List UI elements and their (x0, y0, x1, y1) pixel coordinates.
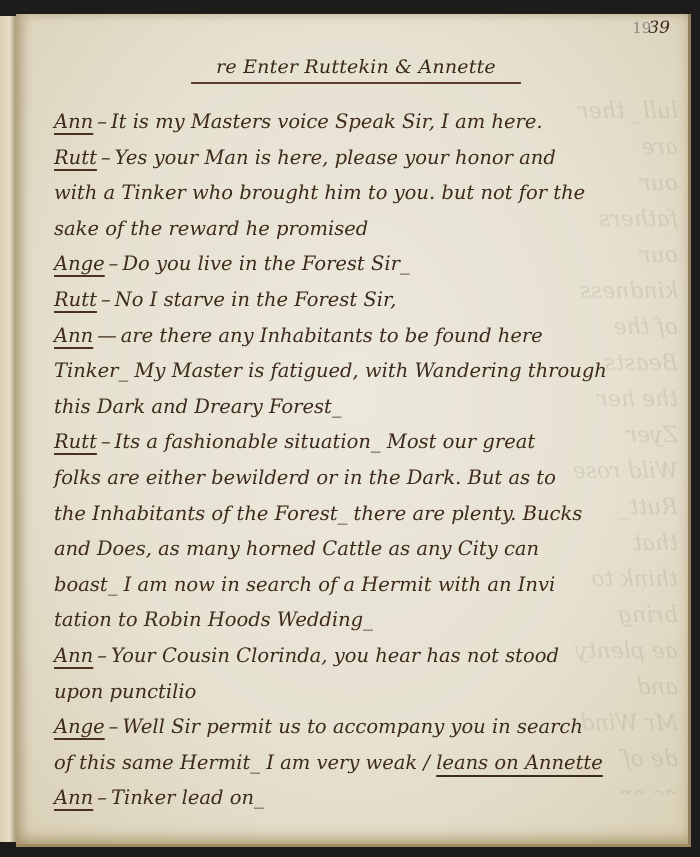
stage-direction: leans on Annette (436, 751, 603, 774)
line-text: of this same Hermit_ I am very weak / (54, 751, 436, 774)
line-text: are there any Inhabitants to be found he… (121, 324, 543, 347)
dialogue-line: Rutt–No I starve in the Forest Sir, (54, 282, 689, 318)
dialogue-line: and Does, as many horned Cattle as any C… (54, 531, 689, 567)
dialogue-line: Ann–Tinker lead on_ (54, 780, 689, 816)
dialogue-line: folks are either bewilderd or in the Dar… (54, 460, 689, 496)
line-text: with a Tinker who brought him to you. bu… (54, 181, 585, 204)
line-text: folks are either bewilderd or in the Dar… (54, 466, 556, 489)
line-text: Well Sir permit us to accompany you in s… (122, 715, 583, 738)
line-text: Yes your Man is here, please your honor … (115, 146, 556, 169)
dialogue-line: sake of the reward he promised (54, 211, 689, 247)
dialogue-line: tation to Robin Hoods Wedding_ (54, 602, 689, 638)
dialogue-line: Ange–Well Sir permit us to accompany you… (54, 709, 689, 745)
line-text: Your Cousin Clorinda, you hear has not s… (111, 644, 559, 667)
dialogue-line: the Inhabitants of the Forest_ there are… (54, 496, 689, 532)
dialogue-line: this Dark and Dreary Forest_ (54, 389, 689, 425)
dialogue-lines: Ann–It is my Masters voice Speak Sir, I … (54, 104, 689, 816)
speaker-name: Rutt (54, 288, 97, 311)
stage-direction-heading: re Enter Ruttekin & Annette (191, 56, 521, 84)
line-text: Its a fashionable situation_ Most our gr… (115, 430, 536, 453)
speaker-name: Ange (54, 715, 105, 738)
dialogue-line: Ange–Do you live in the Forest Sir_ (54, 246, 689, 282)
dialogue-line: upon punctilio (54, 674, 689, 710)
dialogue-line: boast_ I am now in search of a Hermit wi… (54, 567, 689, 603)
dialogue-line: Tinker_ My Master is fatigued, with Wand… (54, 353, 689, 389)
line-text: this Dark and Dreary Forest_ (54, 395, 342, 418)
speaker-separator: – (109, 715, 119, 738)
line-text: and Does, as many horned Cattle as any C… (54, 537, 539, 560)
speaker-separator: – (101, 146, 111, 169)
speaker-name: Ann (54, 786, 93, 809)
speaker-name: Ann (54, 644, 93, 667)
speaker-separator: – (101, 288, 111, 311)
line-text: the Inhabitants of the Forest_ there are… (54, 502, 582, 525)
dialogue-line: Ann—are there any Inhabitants to be foun… (54, 318, 689, 354)
line-text: Tinker lead on_ (111, 786, 264, 809)
dialogue-line: Rutt–Yes your Man is here, please your h… (54, 140, 689, 176)
line-text: boast_ I am now in search of a Hermit wi… (54, 573, 555, 596)
speaker-separator: – (97, 786, 107, 809)
folio-number: 1939 (632, 18, 670, 38)
dialogue-line: Ann–It is my Masters voice Speak Sir, I … (54, 104, 689, 140)
speaker-name: Rutt (54, 430, 97, 453)
dialogue-line: Ann–Your Cousin Clorinda, you hear has n… (54, 638, 689, 674)
ink-folio: 39 (648, 18, 670, 38)
dialogue-line: Rutt–Its a fashionable situation_ Most o… (54, 424, 689, 460)
line-text: tation to Robin Hoods Wedding_ (54, 608, 373, 631)
speaker-name: Rutt (54, 146, 97, 169)
speaker-separator: – (97, 644, 107, 667)
line-text: upon punctilio (54, 680, 196, 703)
dialogue-line: of this same Hermit_ I am very weak / le… (54, 745, 689, 781)
speaker-separator: – (97, 110, 107, 133)
manuscript-scan: lull_ ther areour fathersour kindnessof … (0, 0, 700, 857)
line-text: Do you live in the Forest Sir_ (122, 252, 409, 275)
manuscript-page: lull_ ther areour fathersour kindnessof … (16, 14, 691, 847)
line-text: sake of the reward he promised (54, 217, 368, 240)
speaker-name: Ange (54, 252, 105, 275)
dialogue-line: with a Tinker who brought him to you. bu… (54, 175, 689, 211)
speaker-name: Ann (54, 324, 93, 347)
line-text: Tinker_ My Master is fatigued, with Wand… (54, 359, 607, 382)
previous-page-edge (0, 16, 17, 842)
line-text: It is my Masters voice Speak Sir, I am h… (111, 110, 543, 133)
speaker-name: Ann (54, 110, 93, 133)
line-text: No I starve in the Forest Sir, (115, 288, 397, 311)
speaker-separator: – (101, 430, 111, 453)
speaker-separator: – (109, 252, 119, 275)
speaker-separator: — (97, 324, 117, 347)
